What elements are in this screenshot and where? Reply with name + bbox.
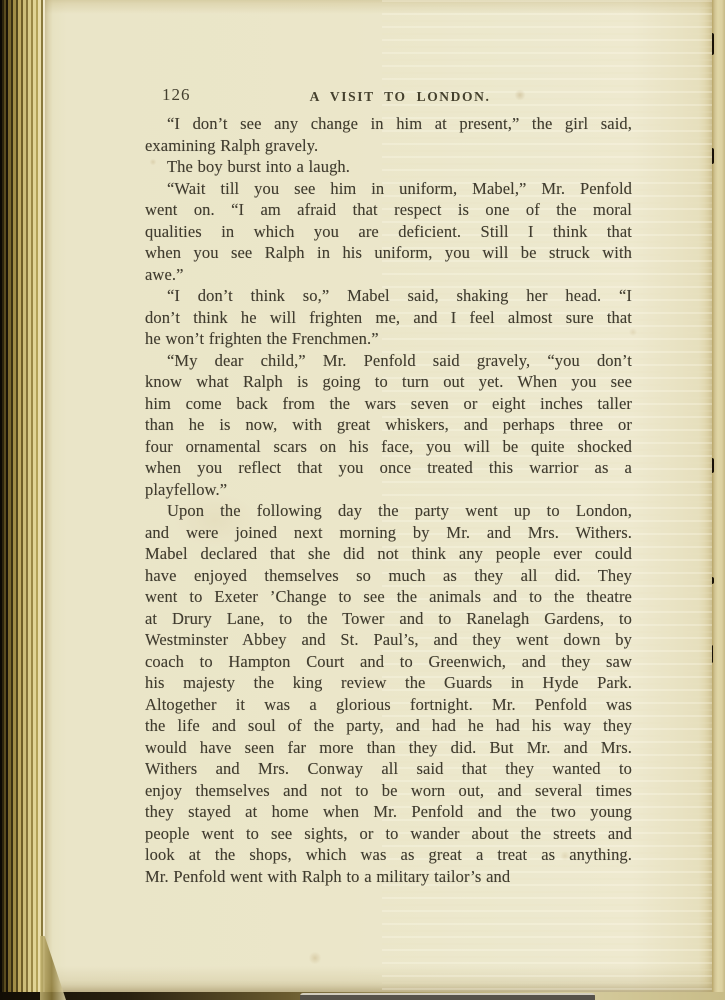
text-line: know what Ralph is going to turn out yet… xyxy=(145,371,632,393)
text-lines: “I don’t see any change in him at presen… xyxy=(145,113,632,887)
page-number: 126 xyxy=(162,85,191,105)
text-line: “Wait till you see him in uniform, Mabel… xyxy=(145,178,632,200)
running-title: A VISIT TO LONDON. xyxy=(270,89,530,105)
text-line: have enjoyed themselves so much as they … xyxy=(145,565,632,587)
text-line: “I don’t see any change in him at presen… xyxy=(145,113,632,135)
text-line: the life and soul of the party, and had … xyxy=(145,715,632,737)
text-line: Upon the following day the party went up… xyxy=(145,500,632,522)
text-line: when you reflect that you once treated t… xyxy=(145,457,632,479)
text-line: Mabel declared that she did not think an… xyxy=(145,543,632,565)
text-line: The boy burst into a laugh. xyxy=(145,156,632,178)
book-page: 126 A VISIT TO LONDON. “I don’t see any … xyxy=(45,0,712,992)
text-line: Altogether it was a glorious fortnight. … xyxy=(145,694,632,716)
text-line: four ornamental scars on his face, you w… xyxy=(145,436,632,458)
scanned-book-page: 126 A VISIT TO LONDON. “I don’t see any … xyxy=(0,0,725,1000)
text-line: than he is now, with great whiskers, and… xyxy=(145,414,632,436)
text-line: at Drury Lane, to the Tower and to Ranel… xyxy=(145,608,632,630)
text-line: Withers and Mrs. Conway all said that th… xyxy=(145,758,632,780)
text-line: when you see Ralph in his uniform, you w… xyxy=(145,242,632,264)
text-line: and were joined next morning by Mr. and … xyxy=(145,522,632,544)
text-line: people went to see sights, or to wander … xyxy=(145,823,632,845)
text-line: don’t think he will frighten me, and I f… xyxy=(145,307,632,329)
text-line: awe.” xyxy=(145,264,632,286)
text-line: went to Exeter ’Change to see the animal… xyxy=(145,586,632,608)
text-line: coach to Hampton Court and to Greenwich,… xyxy=(145,651,632,673)
text-line: he won’t frighten the Frenchmen.” xyxy=(145,328,632,350)
text-line: went on. “I am afraid that respect is on… xyxy=(145,199,632,221)
book-binding-page-edges xyxy=(0,0,46,1000)
text-line: “I don’t think so,” Mabel said, shaking … xyxy=(145,285,632,307)
text-line: his majesty the king review the Guards i… xyxy=(145,672,632,694)
text-line: “My dear child,” Mr. Penfold said gravel… xyxy=(145,350,632,372)
text-line: him come back from the wars seven or eig… xyxy=(145,393,632,415)
text-line: qualities in which you are deficient. St… xyxy=(145,221,632,243)
text-line: Westminster Abbey and St. Paul’s, and th… xyxy=(145,629,632,651)
text-line: playfellow.” xyxy=(145,479,632,501)
text-line: examining Ralph gravely. xyxy=(145,135,632,157)
text-line: enjoy themselves and not to be worn out,… xyxy=(145,780,632,802)
next-page-edge-strip xyxy=(300,993,595,1000)
text-line: Mr. Penfold went with Ralph to a militar… xyxy=(145,866,632,888)
text-line: would have seen far more than they did. … xyxy=(145,737,632,759)
text-line: look at the shops, which was as great a … xyxy=(145,844,632,866)
text-line: they stayed at home when Mr. Penfold and… xyxy=(145,801,632,823)
